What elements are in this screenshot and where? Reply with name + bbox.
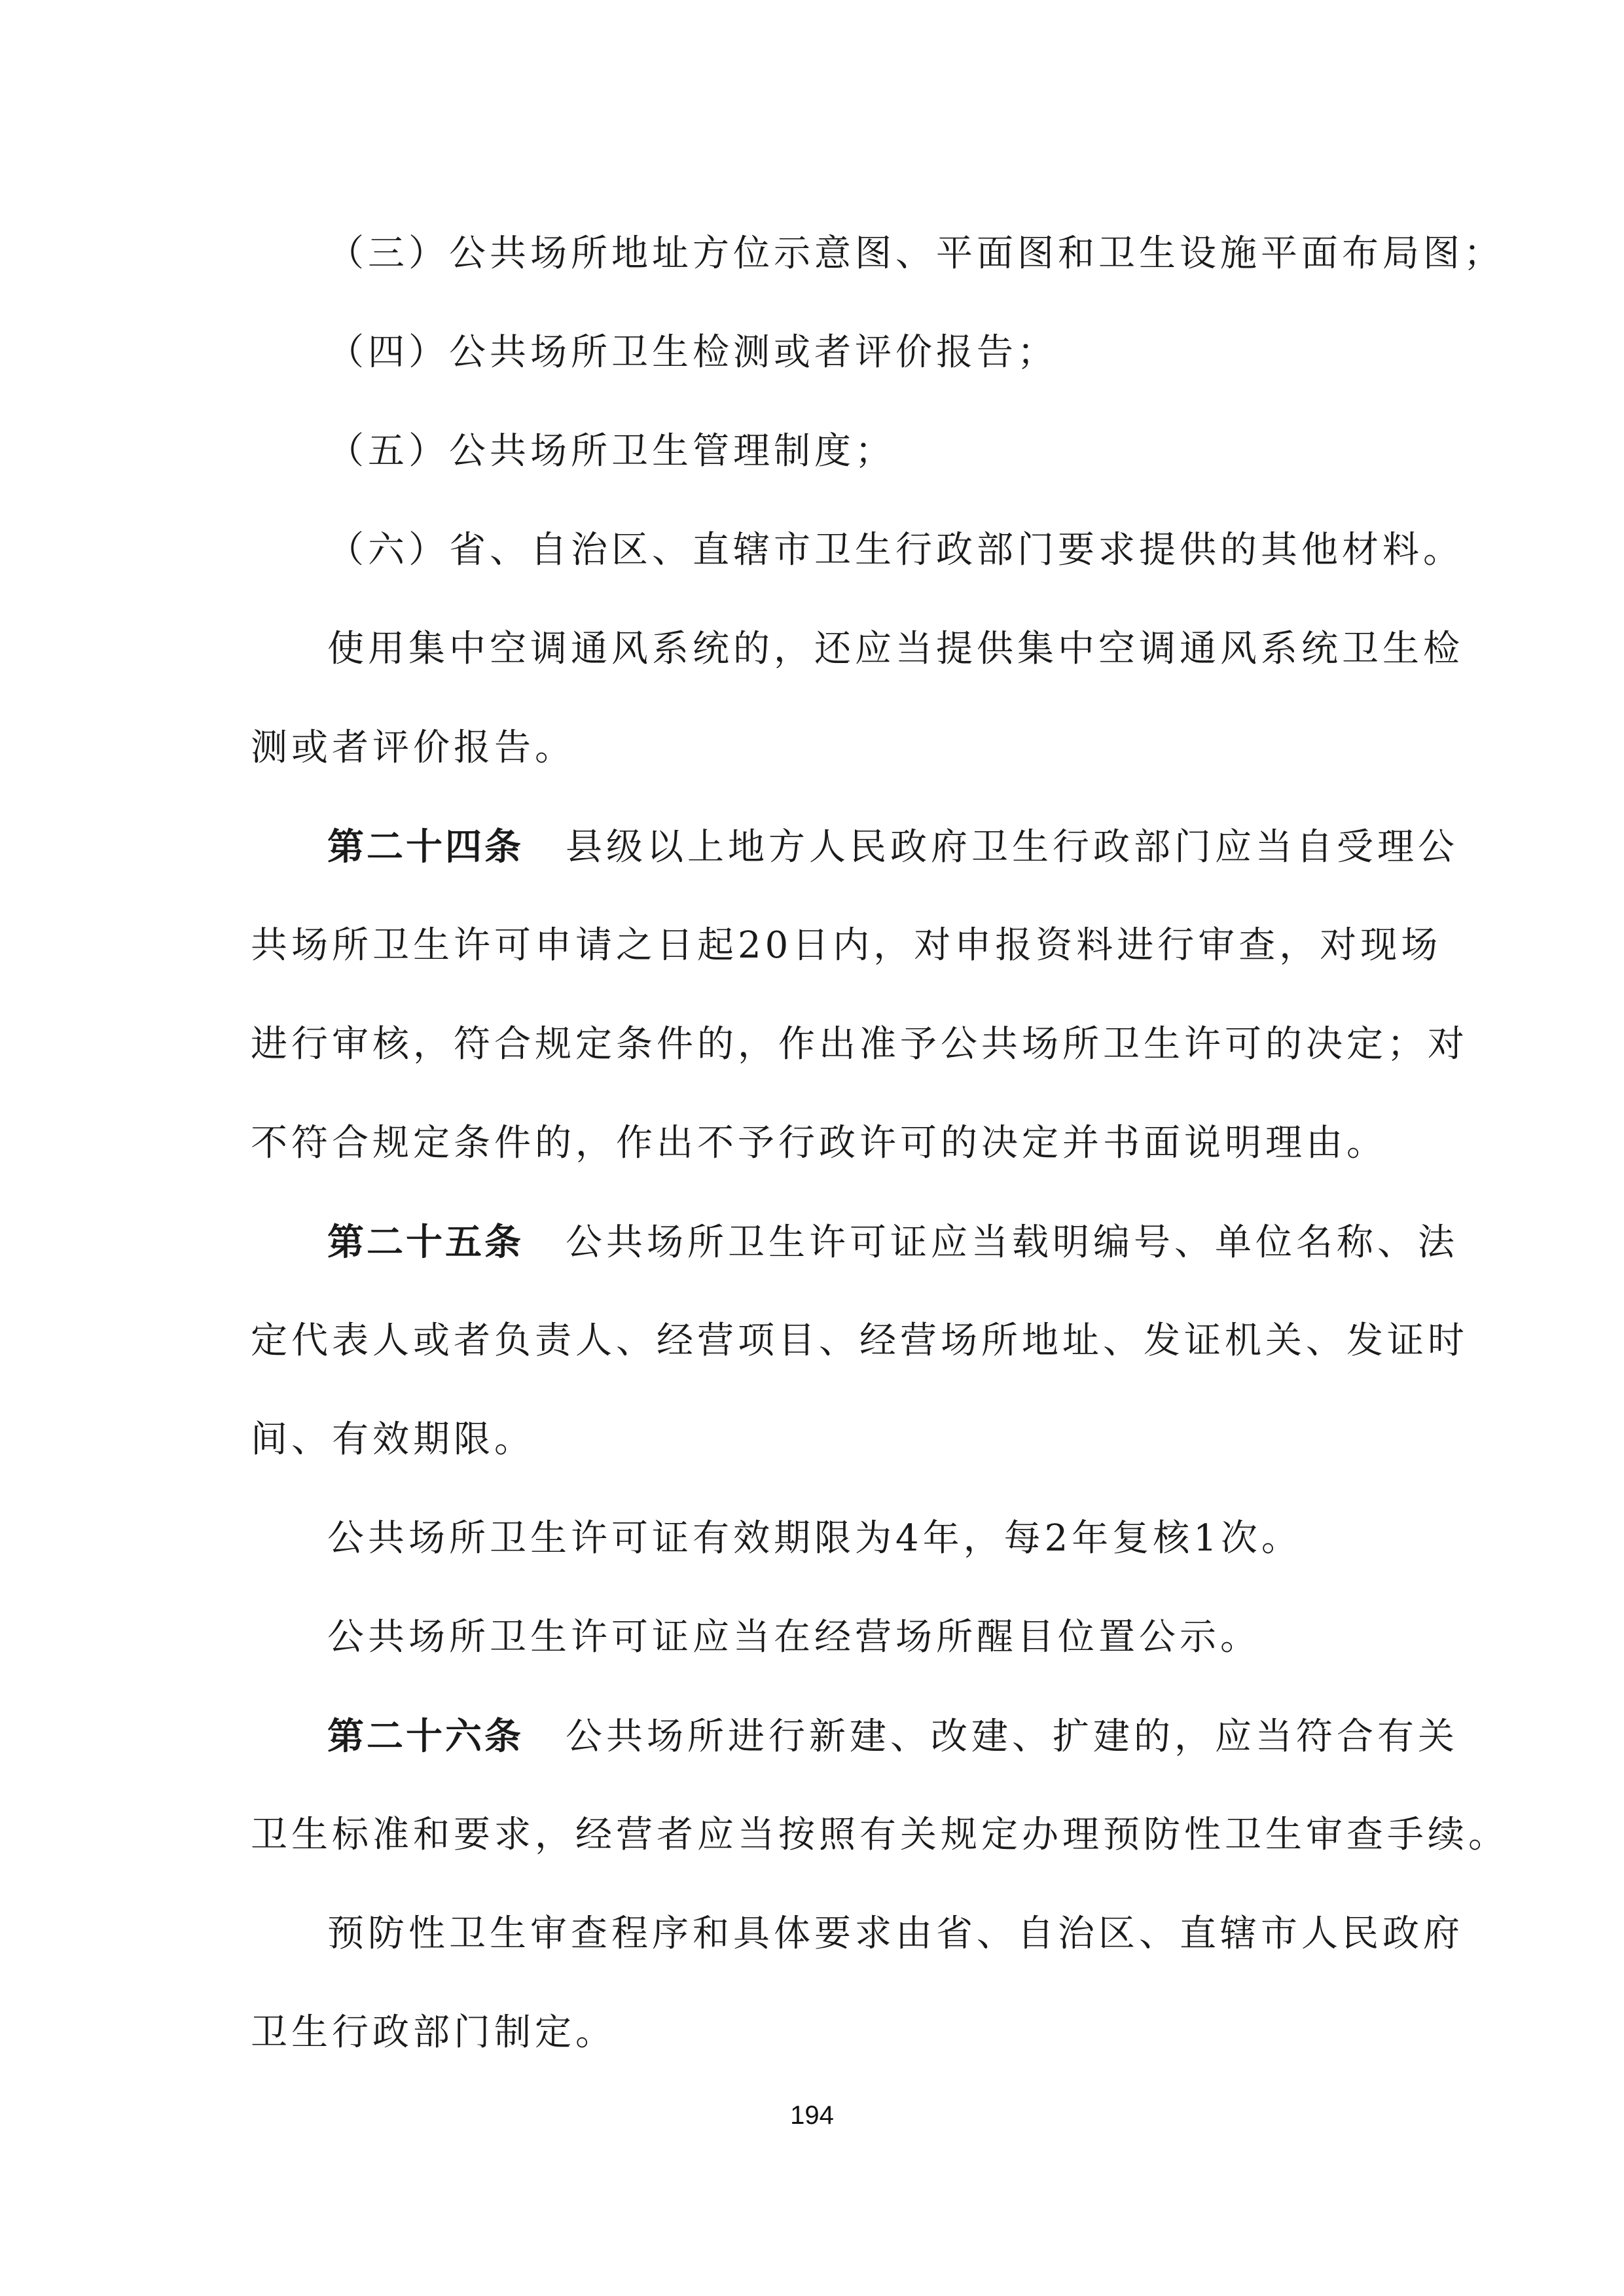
article-24-first-line: 第二十四条县级以上地方人民政府卫生行政部门应当自受理公	[327, 823, 1458, 871]
list-item-3: （三）公共场所地址方位示意图、平面图和卫生设施平面布局图；	[327, 230, 1504, 278]
article-25-first-line: 第二十五条公共场所卫生许可证应当载明编号、单位名称、法	[327, 1219, 1458, 1266]
page-number: 194	[0, 2101, 1624, 2130]
list-item-4: （四）公共场所卫生检测或者评价报告；	[327, 329, 1058, 376]
article-heading: 第二十四条	[327, 825, 524, 869]
paragraph-line: 测或者评价报告。	[251, 725, 575, 772]
list-item-5: （五）公共场所卫生管理制度；	[327, 428, 895, 475]
list-item-6: （六）省、自治区、直辖市卫生行政部门要求提供的其他材料。	[327, 527, 1464, 574]
paragraph-line: 公共场所卫生许可证有效期限为4年，每2年复核1次。	[327, 1515, 1302, 1562]
paragraph-line: 共场所卫生许可申请之日起20日内，对申报资料进行审查，对现场	[251, 922, 1441, 969]
paragraph-line: 公共场所卫生许可证应当在经营场所醒目位置公示。	[327, 1614, 1261, 1661]
article-text: 县级以上地方人民政府卫生行政部门应当自受理公	[566, 826, 1458, 869]
paragraph-line: 卫生行政部门制定。	[251, 2009, 616, 2056]
document-page: （三）公共场所地址方位示意图、平面图和卫生设施平面布局图； （四）公共场所卫生检…	[0, 0, 1624, 2296]
article-26-first-line: 第二十六条公共场所进行新建、改建、扩建的，应当符合有关	[327, 1713, 1458, 1761]
paragraph-line: 预防性卫生审查程序和具体要求由省、自治区、直辖市人民政府	[327, 1910, 1464, 1958]
paragraph-line: 进行审核，符合规定条件的，作出准予公共场所卫生许可的决定；对	[251, 1021, 1468, 1068]
paragraph-line: 卫生标准和要求，经营者应当按照有关规定办理预防性卫生审查手续。	[251, 1812, 1509, 1859]
paragraph-line: 不符合规定条件的，作出不予行政许可的决定并书面说明理由。	[251, 1120, 1387, 1167]
article-text: 公共场所卫生许可证应当载明编号、单位名称、法	[566, 1221, 1458, 1264]
paragraph-line: 使用集中空调通风系统的，还应当提供集中空调通风系统卫生检	[327, 626, 1464, 673]
paragraph-line: 定代表人或者负责人、经营项目、经营场所地址、发证机关、发证时	[251, 1318, 1468, 1365]
article-heading: 第二十六条	[327, 1715, 524, 1758]
article-heading: 第二十五条	[327, 1221, 524, 1264]
paragraph-line: 间、有效期限。	[251, 1416, 535, 1463]
article-text: 公共场所进行新建、改建、扩建的，应当符合有关	[566, 1715, 1458, 1758]
